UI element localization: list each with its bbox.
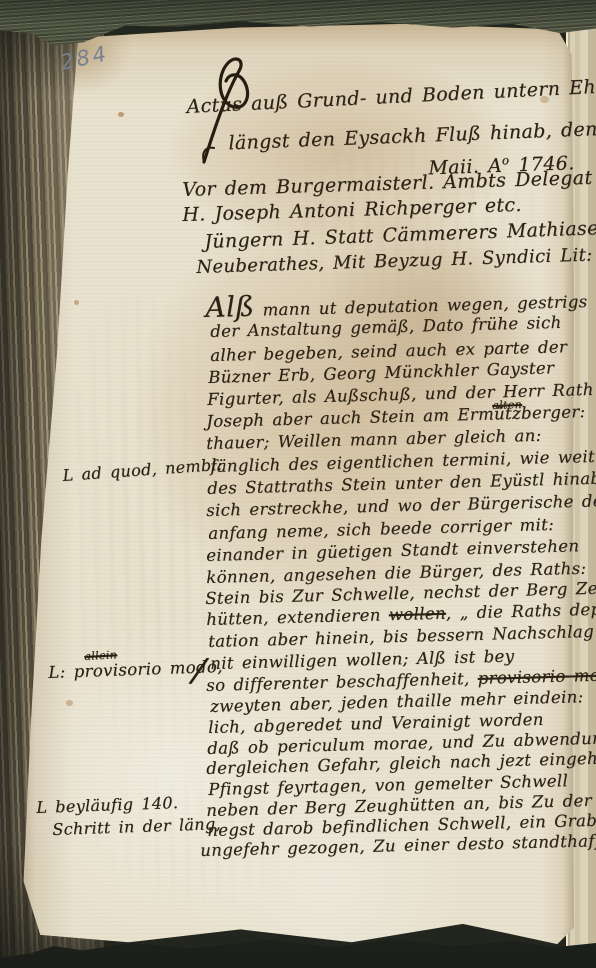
body-text: , „ die Raths depu: — [446, 599, 596, 623]
stain-spot — [118, 112, 124, 117]
manuscript-photo: 284 Actus auß Grund- und Boden untern Eh… — [0, 0, 596, 968]
strikethrough-text: provisorio modo — [477, 665, 596, 688]
strikethrough-text: wollen — [389, 604, 447, 624]
stain-spot — [74, 300, 79, 305]
stain-spot — [66, 700, 73, 706]
paragraph-initial: Alß — [205, 290, 255, 324]
